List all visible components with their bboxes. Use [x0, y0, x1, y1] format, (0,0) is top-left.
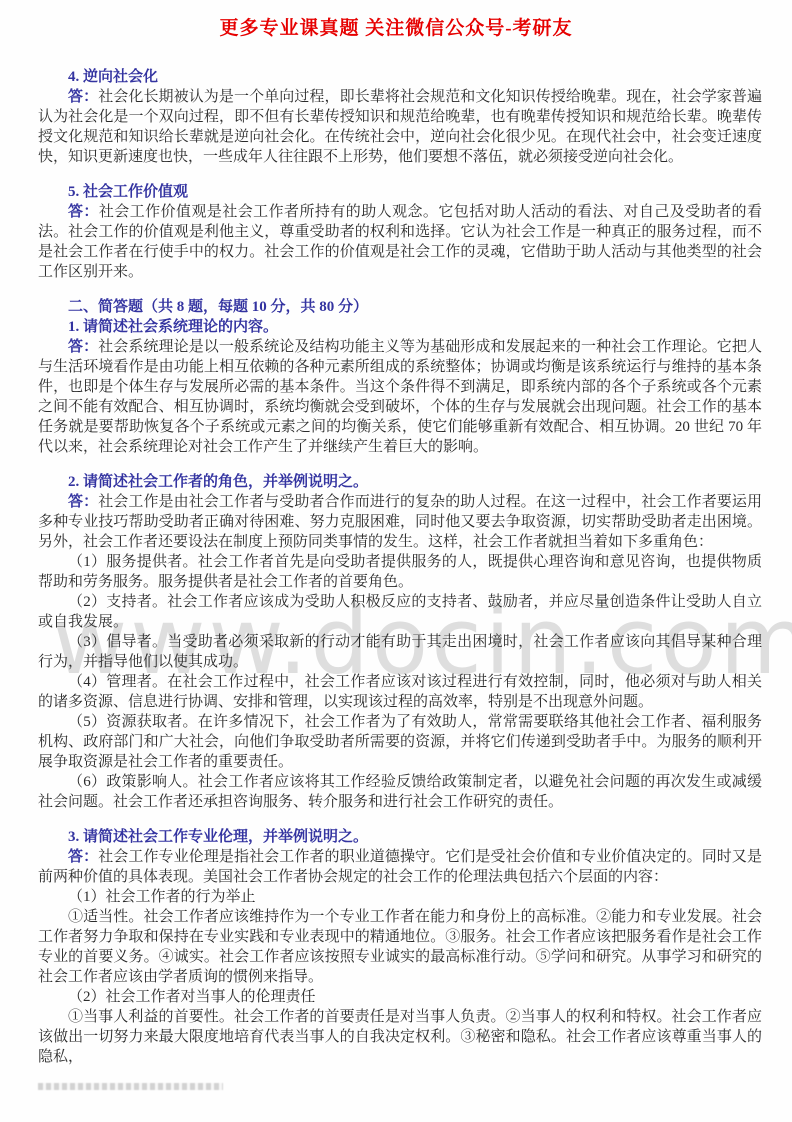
- ethics-item-2-detail: ①当事人利益的首要性。社会工作者的首要责任是对当事人负责。②当事人的权利和特权。…: [38, 1007, 762, 1067]
- answer-prefix: 答：: [68, 204, 99, 220]
- document-content: 4. 逆向社会化 答：社会化长期被认为是一个单向过程，即长辈将社会规范和文化知识…: [0, 40, 792, 1067]
- answer-text: 社会工作价值观是社会工作者所持有的助人观念。它包括对助人活动的看法、对自己及受助…: [38, 204, 762, 280]
- role-item-2: （2）支持者。社会工作者应该成为受助人积极反应的支持者、鼓励者，并应尽量创造条件…: [38, 592, 762, 632]
- ethics-item-2-heading: （2）社会工作者对当事人的伦理责任: [38, 987, 762, 1007]
- question-heading-1: 1. 请简述社会系统理论的内容。: [38, 317, 762, 337]
- term-heading-4: 4. 逆向社会化: [38, 67, 762, 87]
- answer-text: 社会系统理论是以一般系统论及结构功能主义等为基础形成和发展起来的一种社会工作理论…: [38, 339, 762, 455]
- section-heading-short-answer: 二、简答题（共 8 题，每题 10 分，共 80 分）: [38, 297, 762, 317]
- answer-paragraph: 答：社会化长期被认为是一个单向过程，即长辈将社会规范和文化知识传授给晚辈。现在，…: [38, 87, 762, 167]
- term-heading-5: 5. 社会工作价值观: [38, 182, 762, 202]
- document-page: 更多专业课真题 关注微信公众号-考研友 www.docin.com 4. 逆向社…: [0, 0, 792, 1122]
- answer-paragraph: 答：社会工作是由社会工作者与受助者合作而进行的复杂的助人过程。在这一过程中，社会…: [38, 492, 762, 552]
- answer-prefix: 答：: [68, 494, 98, 510]
- answer-text: 社会化长期被认为是一个单向过程，即长辈将社会规范和文化知识传授给晚辈。现在，社会…: [38, 89, 762, 165]
- answer-paragraph: 答：社会工作专业伦理是指社会工作者的职业道德操守。它们是受社会价值和专业价值决定…: [38, 847, 762, 887]
- answer-text: 社会工作专业伦理是指社会工作者的职业道德操守。它们是受社会价值和专业价值决定的。…: [38, 849, 762, 885]
- answer-text: 社会工作是由社会工作者与受助者合作而进行的复杂的助人过程。在这一过程中，社会工作…: [38, 494, 762, 550]
- role-item-1: （1）服务提供者。社会工作者首先是向受助者提供服务的人，既提供心理咨询和意见咨询…: [38, 552, 762, 592]
- question-heading-2: 2. 请简述社会工作者的角色，并举例说明之。: [38, 472, 762, 492]
- footer-illegible-text: [38, 1083, 223, 1090]
- answer-paragraph: 答：社会系统理论是以一般系统论及结构功能主义等为基础形成和发展起来的一种社会工作…: [38, 337, 762, 457]
- answer-prefix: 答：: [68, 339, 98, 355]
- role-item-5: （5）资源获取者。在许多情况下，社会工作者为了有效助人，常常需要联络其他社会工作…: [38, 712, 762, 772]
- question-heading-3: 3. 请简述社会工作专业伦理，并举例说明之。: [38, 827, 762, 847]
- ethics-item-1-heading: （1）社会工作者的行为举止: [38, 887, 762, 907]
- role-item-3: （3）倡导者。当受助者必须采取新的行动才能有助于其走出困境时，社会工作者应该向其…: [38, 632, 762, 672]
- ethics-item-1-detail: ①适当性。社会工作者应该维持作为一个专业工作者在能力和身份上的高标准。②能力和专…: [38, 907, 762, 987]
- answer-prefix: 答：: [68, 849, 98, 865]
- role-item-4: （4）管理者。在社会工作过程中，社会工作者应该对该过程进行有效控制，同时，他必须…: [38, 672, 762, 712]
- answer-paragraph: 答：社会工作价值观是社会工作者所持有的助人观念。它包括对助人活动的看法、对自己及…: [38, 202, 762, 282]
- header-banner: 更多专业课真题 关注微信公众号-考研友: [0, 0, 792, 40]
- role-item-6: （6）政策影响人。社会工作者应该将其工作经验反馈给政策制定者，以避免社会问题的再…: [38, 772, 762, 812]
- answer-prefix: 答：: [68, 89, 98, 105]
